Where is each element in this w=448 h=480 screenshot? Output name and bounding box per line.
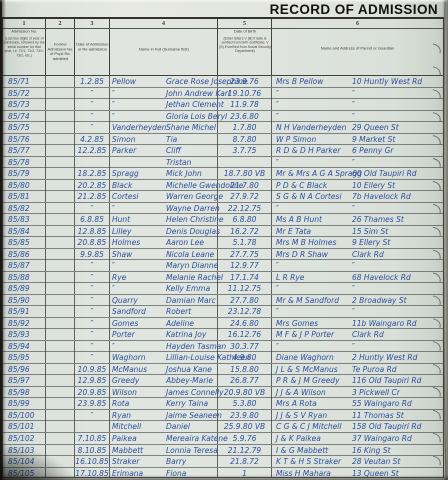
- parent-guardian: R D & D H Parker 6 Penny Gr: [272, 145, 443, 156]
- parent-name: R D & D H Parker: [272, 145, 350, 156]
- pupil-given-names: Adeline: [166, 318, 194, 329]
- parent-name: P R & J M Greedy: [272, 375, 350, 386]
- admission-no: 85/91: [3, 306, 46, 317]
- pupil-surname: [110, 157, 166, 168]
- pupil-surname: Black: [110, 180, 166, 191]
- column-header: 4 Name in Full (Surname first): [110, 19, 218, 75]
- parent-guardian: ″ ″: [272, 260, 443, 271]
- pupil-name: Straker Barry: [110, 456, 218, 467]
- parent-address: ″: [350, 341, 355, 352]
- parent-guardian: ″ ″: [272, 88, 443, 99]
- parent-address: 2 Huntly West Rd: [350, 352, 417, 363]
- table-row: 85/77 12.2.85 Parker Cliff 3.7.75 R D & …: [3, 145, 443, 157]
- table-row: 85/91 ″ Sandford Robert 23.12.78 ″ ″: [3, 306, 443, 318]
- parent-name: ″: [272, 111, 350, 122]
- table-row: 85/101 Mitchell Daniel 25.9.80 VB C G & …: [3, 421, 443, 433]
- parent-address: ″: [350, 111, 355, 122]
- pupil-surname: Waghorn: [110, 352, 166, 363]
- column-header: 2 Former Admission No. of Pupil Re-admit…: [46, 19, 75, 75]
- table-row: 85/82 ″ ″ Wayne Darren 22.12.75 ″ ″: [3, 203, 443, 215]
- pupil-given-names: John Andrew Karl: [166, 88, 217, 99]
- pupil-name: Hunt Helen Christine: [110, 214, 218, 225]
- table-row: 85/88 ″ Rye Melanie Rachel 17.1.74 L R R…: [3, 272, 443, 284]
- pupil-surname: ″: [110, 203, 166, 214]
- pupil-surname: Paikea: [110, 433, 166, 444]
- birth-date: 16.2.72: [218, 226, 272, 237]
- parent-address: 10 Ellery St: [350, 180, 395, 191]
- pupil-surname: ″: [110, 88, 166, 99]
- former-admission-no: [46, 226, 75, 237]
- parent-guardian: ″ ″: [272, 157, 443, 168]
- column-label: Name in Full (Surname first): [111, 47, 216, 52]
- pupil-surname: ″: [110, 111, 166, 122]
- admission-no: 85/71: [3, 76, 46, 87]
- pupil-given-names: Cliff: [166, 145, 181, 156]
- admission-date: 20.8.85: [75, 237, 110, 248]
- admission-date: ″: [75, 295, 110, 306]
- pupil-name: Erimana Fiona: [110, 468, 218, 477]
- pupil-given-names: Melanie Rachel: [166, 272, 217, 283]
- column-note: (Last two digits of year of admission, f…: [3, 37, 44, 58]
- pupil-surname: Greedy: [110, 375, 166, 386]
- admission-date: ″: [75, 99, 110, 110]
- former-admission-no: [46, 145, 75, 156]
- parent-name: ″: [272, 260, 350, 271]
- admission-no: 85/79: [3, 168, 46, 179]
- parent-name: S G & N A Cortesi: [272, 191, 350, 202]
- table-row: 85/100 ″ Ryan Jaime Seaneen 23.9.80 J J …: [3, 410, 443, 422]
- birth-date: 8.7.80: [218, 134, 272, 145]
- former-admission-no: [46, 329, 75, 340]
- admission-date: 1.2.85: [75, 76, 110, 87]
- former-admission-no: [46, 364, 75, 375]
- parent-guardian: J & K Paikea 37 Waingaro Rd: [272, 433, 443, 444]
- pupil-given-names: Hayden Tasman: [166, 341, 217, 352]
- table-row: 85/90 ″ Quarry Damian Marc 27.7.80 Mr & …: [3, 295, 443, 307]
- birth-date: 19.10.76: [218, 88, 272, 99]
- parent-guardian: J J & A Wilson 3 Pickwell Cr: [272, 387, 443, 398]
- pupil-given-names: Denis Douglas: [166, 226, 217, 237]
- pupil-surname: Rye: [110, 272, 166, 283]
- parent-name: ″: [272, 203, 350, 214]
- former-admission-no: [46, 306, 75, 317]
- parent-address: 37 Waingaro Rd: [350, 433, 412, 444]
- pupil-given-names: James Connelly: [166, 387, 217, 398]
- birth-date: 21.7.80: [218, 180, 272, 191]
- table-row: 85/72 ″ ″ John Andrew Karl 19.10.76 ″ ″: [3, 88, 443, 100]
- table-row: 85/83 6.8.85 Hunt Helen Christine 6.8.80…: [3, 214, 443, 226]
- birth-date: 1.7.80: [218, 122, 272, 133]
- admission-date: ″: [75, 341, 110, 352]
- admission-no: 85/75: [3, 122, 46, 133]
- pupil-given-names: Jaime Seaneen: [166, 410, 217, 421]
- parent-name: Mrs M B Holmes: [272, 237, 350, 248]
- pupil-name: Mitchell Daniel: [110, 421, 218, 432]
- admission-no: 85/92: [3, 318, 46, 329]
- pupil-name: ″ Hayden Tasman: [110, 341, 218, 352]
- birth-date: 5.1.78: [218, 237, 272, 248]
- admission-no: 85/80: [3, 180, 46, 191]
- admission-no: 85/76: [3, 134, 46, 145]
- admission-no: 85/90: [3, 295, 46, 306]
- column-label: Date of Admission or Re-admission: [75, 42, 108, 52]
- column-label: Name and Address of Parent or Guardian: [274, 46, 442, 51]
- pupil-name: ″ John Andrew Karl: [110, 88, 218, 99]
- admission-date: 21.2.85: [75, 191, 110, 202]
- parent-address: ″: [350, 88, 355, 99]
- admission-date: ″: [75, 306, 110, 317]
- parent-name: Ms A B Hunt: [272, 214, 350, 225]
- admission-date: ″: [75, 283, 110, 294]
- table-row: 85/93 ″ Porter Katrina Joy 16.12.76 M F …: [3, 329, 443, 341]
- parent-address: ″: [350, 99, 355, 110]
- parent-name: Mr E Tata: [272, 226, 350, 237]
- pupil-given-names: Maryn Dianne: [166, 260, 217, 271]
- admission-date: 20.9.85: [75, 387, 110, 398]
- birth-date: 15.8.80: [218, 364, 272, 375]
- pupil-surname: Cortesi: [110, 191, 166, 202]
- pupil-name: Shaw Nicola Leane: [110, 249, 218, 260]
- birth-date: 5.3.80: [218, 398, 272, 409]
- admission-date: 12.9.85: [75, 375, 110, 386]
- parent-guardian: Diane Waghorn 2 Huntly West Rd: [272, 352, 443, 363]
- pupil-surname: Rota: [110, 398, 166, 409]
- pupil-given-names: Jethan Clement: [166, 99, 217, 110]
- parent-address: 10 Huntly West Rd: [350, 76, 422, 87]
- birth-date: 30.3.77: [218, 341, 272, 352]
- pupil-name: Lilley Denis Douglas: [110, 226, 218, 237]
- birth-date: 23.6.80: [218, 111, 272, 122]
- parent-address: 29 Queen St: [350, 122, 399, 133]
- pupil-name: Rota Kerry Taina: [110, 398, 218, 409]
- parent-guardian: Miss H Mahara 13 Queen St: [272, 468, 443, 477]
- parent-address: 11b Waingaro Rd: [350, 318, 417, 329]
- pupil-surname: Mitchell: [110, 421, 166, 432]
- parent-name: Mr & Mrs A G A Spragg: [272, 168, 350, 179]
- parent-name: ″: [272, 306, 350, 317]
- parent-name: J J & A Wilson: [272, 387, 350, 398]
- page-edge-marks: [432, 0, 448, 480]
- parent-guardian: Mrs Gomes 11b Waingaro Rd: [272, 318, 443, 329]
- parent-address: 68 Havelock Rd: [350, 272, 411, 283]
- parent-name: W P Simon: [272, 134, 350, 145]
- birth-date: 1: [218, 468, 272, 477]
- birth-date: 27.7.80: [218, 295, 272, 306]
- pupil-surname: Erimana: [110, 468, 166, 477]
- record-title: RECORD OF ADMISSION: [270, 2, 438, 17]
- pupil-given-names: Mick John: [166, 168, 202, 179]
- column-label: Former Admission No. of Pupil Re-admitte…: [46, 42, 73, 61]
- pupil-name: Sandford Robert: [110, 306, 218, 317]
- pupil-surname: ″: [110, 260, 166, 271]
- parent-guardian: J J & S V Ryan 11 Thomas St: [272, 410, 443, 421]
- parent-guardian: ″ ″: [272, 283, 443, 294]
- table-row: 85/87 ″ ″ Maryn Dianne 12.9.77 ″ ″: [3, 260, 443, 272]
- birth-date: 23.9.76: [218, 76, 272, 87]
- birth-date: 26.8.77: [218, 375, 272, 386]
- column-header: 1 Admission No. (Last two digits of year…: [3, 19, 46, 75]
- parent-address: 13 Queen St: [350, 468, 399, 477]
- former-admission-no: [46, 387, 75, 398]
- pupil-name: Rye Melanie Rachel: [110, 272, 218, 283]
- pupil-surname: Shaw: [110, 249, 166, 260]
- former-admission-no: [46, 456, 75, 467]
- pupil-given-names: Damian Marc: [166, 295, 216, 306]
- former-admission-no: [46, 203, 75, 214]
- parent-guardian: P R & J M Greedy 116 Old Taupiri Rd: [272, 375, 443, 386]
- admission-no: 85/72: [3, 88, 46, 99]
- admission-no: 85/94: [3, 341, 46, 352]
- former-admission-no: [46, 88, 75, 99]
- parent-guardian: Ms A B Hunt 26 Thames St: [272, 214, 443, 225]
- table-row: 85/103 8.10.85 Mabbett Lonnia Teresa 21.…: [3, 445, 443, 457]
- admission-date: ″: [75, 88, 110, 99]
- former-admission-no: [46, 433, 75, 444]
- parent-guardian: Mrs M B Holmes 9 Ellery St: [272, 237, 443, 248]
- parent-name: P D & C Black: [272, 180, 350, 191]
- parent-address: ″: [350, 157, 355, 168]
- pupil-surname: Ryan: [110, 410, 166, 421]
- pupil-name: Holmes Aaron Lee: [110, 237, 218, 248]
- admission-no: 85/99: [3, 398, 46, 409]
- parent-name: Mrs Gomes: [272, 318, 350, 329]
- parent-name: ″: [272, 283, 350, 294]
- pupil-surname: Pellow: [110, 76, 166, 87]
- pupil-surname: Spragg: [110, 168, 166, 179]
- parent-address: 26 Thames St: [350, 214, 404, 225]
- admission-no: 85/74: [3, 111, 46, 122]
- pupil-given-names: Barry: [166, 456, 186, 467]
- former-admission-no: [46, 410, 75, 421]
- pupil-given-names: Helen Christine: [166, 214, 217, 225]
- parent-guardian: W P Simon 9 Market St: [272, 134, 443, 145]
- parent-address: ″: [350, 203, 355, 214]
- pupil-surname: Simon: [110, 134, 166, 145]
- pupil-name: ″ Gloria Lois Beryl: [110, 111, 218, 122]
- admission-date: ″: [75, 122, 110, 133]
- pupil-name: Porter Katrina Joy: [110, 329, 218, 340]
- table-body: 85/71 1.2.85 Pellow Grace Rose Josephine…: [3, 76, 443, 477]
- parent-address: 7b Havelock Rd: [350, 191, 411, 202]
- birth-date: 24.6.80: [218, 318, 272, 329]
- former-admission-no: [46, 111, 75, 122]
- parent-guardian: I & G Mabbett 16 King St: [272, 445, 443, 456]
- parent-address: 11 Thomas St: [350, 410, 404, 421]
- pupil-given-names: Kelly Emma: [166, 283, 210, 294]
- pupil-name: Simon Tia: [110, 134, 218, 145]
- parent-name: K T & H S Straker: [272, 456, 350, 467]
- birth-date: 22.12.75: [218, 203, 272, 214]
- table-row: 85/84 12.8.85 Lilley Denis Douglas 16.2.…: [3, 226, 443, 238]
- admission-no: 85/95: [3, 352, 46, 363]
- admission-no: 85/85: [3, 237, 46, 248]
- pupil-given-names: Fiona: [166, 468, 186, 477]
- parent-name: Diane Waghorn: [272, 352, 350, 363]
- parent-guardian: ″ ″: [272, 203, 443, 214]
- pupil-surname: Quarry: [110, 295, 166, 306]
- pupil-surname: ″: [110, 283, 166, 294]
- admission-no: 85/84: [3, 226, 46, 237]
- parent-address: 60 Old Taupiri Rd: [350, 168, 417, 179]
- column-number: 4: [110, 19, 217, 29]
- parent-name: I & G Mabbett: [272, 445, 350, 456]
- pupil-name: ″ Wayne Darren: [110, 203, 218, 214]
- parent-address: 158 Old Taupiri Rd: [350, 421, 421, 432]
- birth-date: 11.9.78: [218, 99, 272, 110]
- ledger-page: RECORD OF ADMISSION 1 Admission No. (Las…: [2, 0, 448, 480]
- parent-address: ″: [350, 260, 355, 271]
- admission-no: 85/87: [3, 260, 46, 271]
- parent-guardian: ″ ″: [272, 111, 443, 122]
- admission-no: 85/73: [3, 99, 46, 110]
- table-row: 85/73 ″ ″ Jethan Clement 11.9.78 ″ ″: [3, 99, 443, 111]
- column-number: 6: [272, 19, 443, 29]
- former-admission-no: [46, 398, 75, 409]
- pupil-name: Greedy Abbey-Marie: [110, 375, 218, 386]
- parent-guardian: M F & J P Porter Clark Rd: [272, 329, 443, 340]
- parent-address: 16 King St: [350, 445, 391, 456]
- admission-date: 7.10.85: [75, 433, 110, 444]
- parent-name: Mrs D R Shaw: [272, 249, 350, 260]
- birth-date: 27.7.75: [218, 249, 272, 260]
- birth-date: 17.1.74: [218, 272, 272, 283]
- parent-address: Clark Rd: [350, 329, 384, 340]
- former-admission-no: [46, 168, 75, 179]
- admission-no: 85/101: [3, 421, 46, 432]
- pupil-surname: Wilson: [110, 387, 166, 398]
- parent-guardian: ″ ″: [272, 341, 443, 352]
- parent-guardian: L R Rye 68 Havelock Rd: [272, 272, 443, 283]
- admission-date: ″: [75, 352, 110, 363]
- parent-address: 15 Sim St: [350, 226, 388, 237]
- pupil-given-names: Mereaira Katene: [166, 433, 217, 444]
- birth-date: 12.9.77: [218, 260, 272, 271]
- pupil-surname: Sandford: [110, 306, 166, 317]
- pupil-name: Pellow Grace Rose Josephine: [110, 76, 218, 87]
- admission-table: 1 Admission No. (Last two digits of year…: [2, 17, 444, 478]
- admission-no: 85/77: [3, 145, 46, 156]
- admission-no: 85/103: [3, 445, 46, 456]
- parent-guardian: Mr E Tata 15 Sim St: [272, 226, 443, 237]
- column-number: 3: [75, 19, 109, 29]
- parent-name: L R Rye: [272, 272, 350, 283]
- parent-address: Te Puroa Rd: [350, 364, 397, 375]
- birth-date: [218, 157, 272, 168]
- admission-date: 10.9.85: [75, 364, 110, 375]
- admission-no: 85/104: [3, 456, 46, 467]
- parent-guardian: ″ ″: [272, 306, 443, 317]
- pupil-name: Vanderheyden Shane Michel: [110, 122, 218, 133]
- parent-name: ″: [272, 157, 350, 168]
- pupil-given-names: Lillian-Louise Kathleen: [166, 352, 217, 363]
- admission-date: [75, 421, 110, 432]
- pupil-given-names: Tia: [166, 134, 177, 145]
- admission-date: 12.2.85: [75, 145, 110, 156]
- pupil-name: Parker Cliff: [110, 145, 218, 156]
- parent-name: ″: [272, 341, 350, 352]
- pupil-name: Spragg Mick John: [110, 168, 218, 179]
- table-row: 85/105 17.10.85 Erimana Fiona 1 Miss H M…: [3, 468, 443, 477]
- table-row: 85/92 ″ Gomes Adeline 24.6.80 Mrs Gomes …: [3, 318, 443, 330]
- parent-guardian: K T & H S Straker 28 Veutan St: [272, 456, 443, 467]
- table-row: 85/81 21.2.85 Cortesi Warren George 27.9…: [3, 191, 443, 203]
- former-admission-no: [46, 99, 75, 110]
- column-label: Admission No.: [3, 29, 44, 34]
- parent-name: ″: [272, 88, 350, 99]
- admission-date: ″: [75, 410, 110, 421]
- former-admission-no: [46, 352, 75, 363]
- birth-date: 23.9.80: [218, 410, 272, 421]
- parent-address: ″: [350, 283, 355, 294]
- former-admission-no: [46, 249, 75, 260]
- former-admission-no: [46, 283, 75, 294]
- pupil-name: Cortesi Warren George: [110, 191, 218, 202]
- parent-name: ″: [272, 99, 350, 110]
- parent-name: N H Vanderheyden: [272, 122, 350, 133]
- table-row: 85/80 20.2.85 Black Michelle Gwendoline …: [3, 180, 443, 192]
- pupil-given-names: Wayne Darren: [166, 203, 217, 214]
- parent-name: J & K Paikea: [272, 433, 350, 444]
- admission-no: 85/93: [3, 329, 46, 340]
- pupil-surname: Mabbett: [110, 445, 166, 456]
- table-row: 85/95 ″ Waghorn Lillian-Louise Kathleen …: [3, 352, 443, 364]
- admission-date: 4.2.85: [75, 134, 110, 145]
- pupil-given-names: Daniel: [166, 421, 190, 432]
- birth-date: 5.9.76: [218, 433, 272, 444]
- table-row: 85/98 20.9.85 Wilson James Connelly 20.9…: [3, 387, 443, 399]
- pupil-name: McManus Joshua Kane: [110, 364, 218, 375]
- parent-name: Mrs A Rota: [272, 398, 350, 409]
- parent-guardian: Mrs D R Shaw Clark Rd: [272, 249, 443, 260]
- table-header: 1 Admission No. (Last two digits of year…: [3, 19, 443, 76]
- birth-date: 3.7.75: [218, 145, 272, 156]
- pupil-given-names: Nicola Leane: [166, 249, 214, 260]
- birth-date: 23.12.78: [218, 306, 272, 317]
- parent-name: C G & C J Mitchell: [272, 421, 350, 432]
- former-admission-no: [46, 157, 75, 168]
- admission-date: ″: [75, 272, 110, 283]
- admission-no: 85/97: [3, 375, 46, 386]
- former-admission-no: [46, 295, 75, 306]
- admission-no: 85/83: [3, 214, 46, 225]
- parent-guardian: Mr & M Sandford 2 Broadway St: [272, 295, 443, 306]
- column-number: 1: [3, 19, 45, 29]
- row-line-hooks: [433, 44, 440, 465]
- pupil-name: Gomes Adeline: [110, 318, 218, 329]
- table-row: 85/79 18.2.85 Spragg Mick John 18.7.80 V…: [3, 168, 443, 180]
- former-admission-no: [46, 122, 75, 133]
- table-row: 85/74 ″ ″ Gloria Lois Beryl 23.6.80 ″ ″: [3, 111, 443, 123]
- former-admission-no: [46, 341, 75, 352]
- birth-date: 11.12.75: [218, 283, 272, 294]
- admission-no: 85/81: [3, 191, 46, 202]
- admission-date: 12.8.85: [75, 226, 110, 237]
- pupil-surname: Hunt: [110, 214, 166, 225]
- pupil-surname: Parker: [110, 145, 166, 156]
- pupil-name: ″ Jethan Clement: [110, 99, 218, 110]
- column-number: 2: [46, 19, 74, 29]
- table-row: 85/71 1.2.85 Pellow Grace Rose Josephine…: [3, 76, 443, 88]
- admission-no: 85/105: [3, 468, 46, 477]
- former-admission-no: [46, 375, 75, 386]
- pupil-given-names: Joshua Kane: [166, 364, 212, 375]
- admission-date: ″: [75, 260, 110, 271]
- former-admission-no: [46, 237, 75, 248]
- pupil-name: Mabbett Lonnia Teresa: [110, 445, 218, 456]
- former-admission-no: [46, 468, 75, 477]
- pupil-name: Paikea Mereaira Katene: [110, 433, 218, 444]
- column-note: (Enter letters V (B) if date is verified…: [219, 37, 271, 54]
